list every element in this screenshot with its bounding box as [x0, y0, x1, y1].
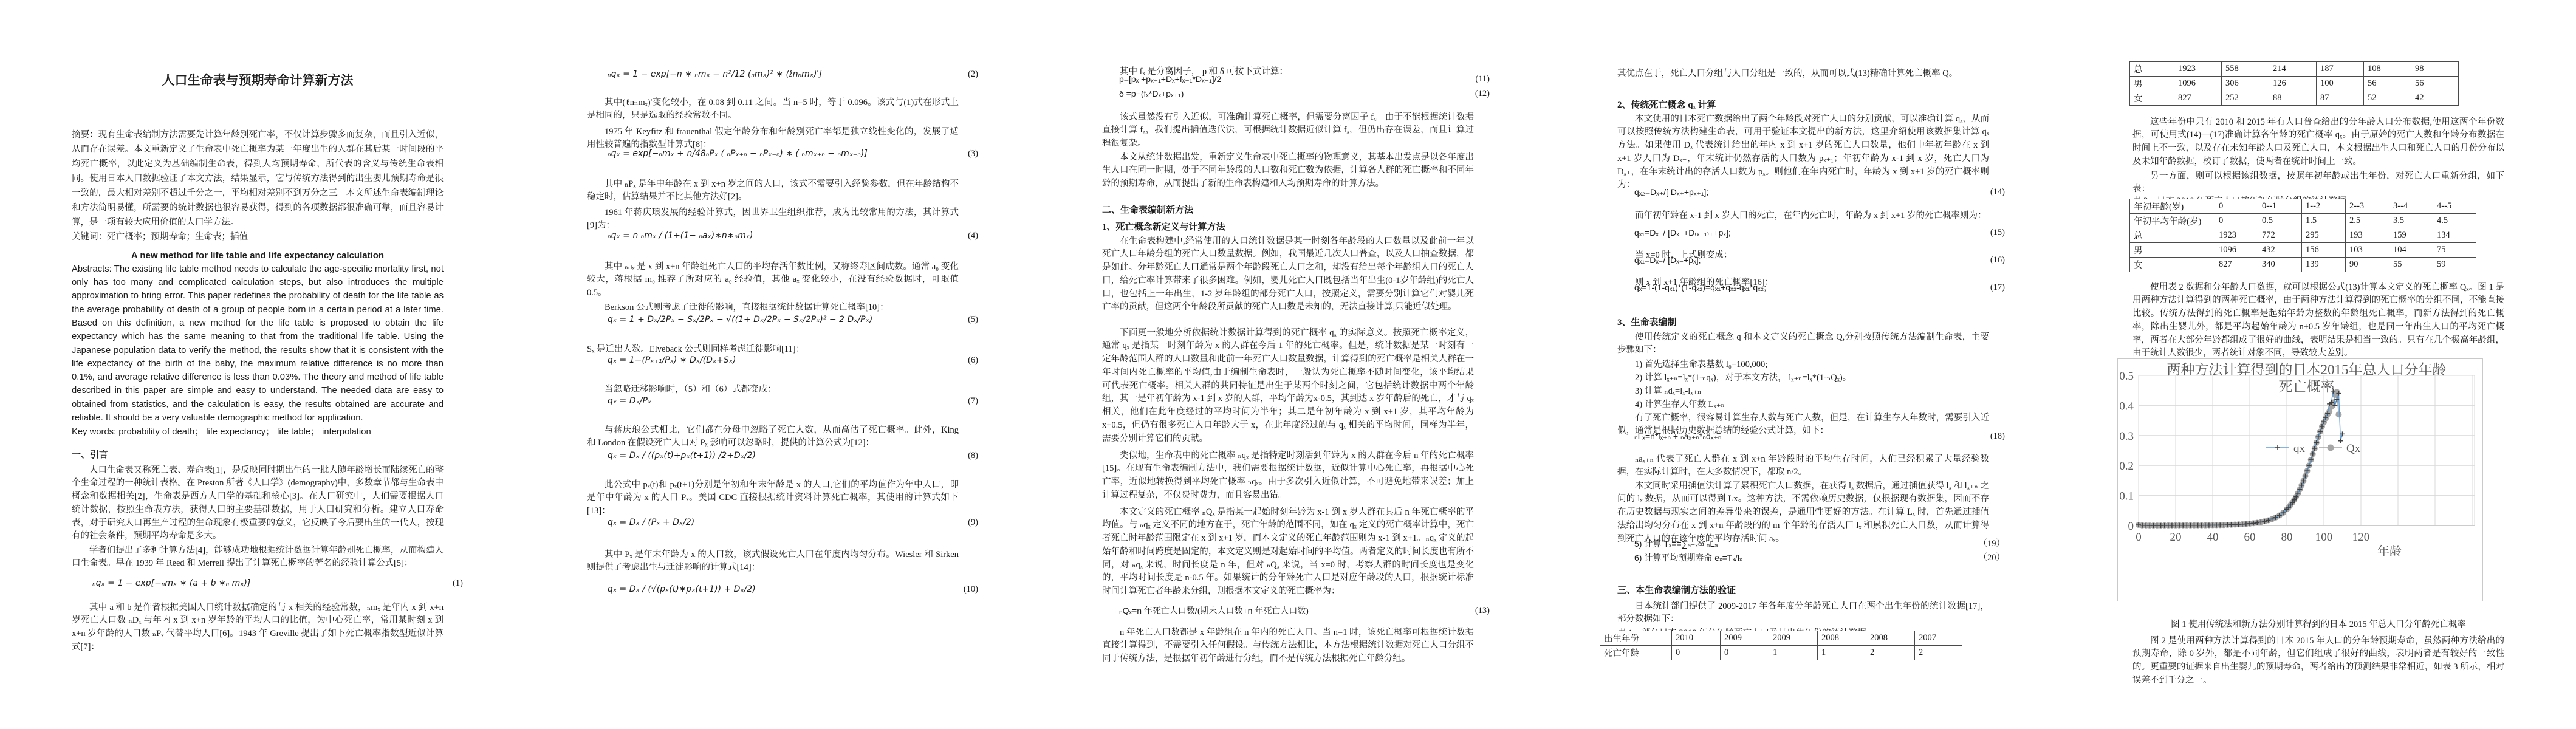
table-cell: 年初平均年龄(岁)	[2130, 214, 2215, 228]
equation-16: qₓ₁=Dₓ₋/ [Dₓ₋+pₓ]; (16)	[1617, 254, 2006, 267]
equation-14-number: (14)	[1990, 186, 2005, 199]
equation-12: δ =p−(fₓ*Dₓ+pₓ₊₁) (12)	[1102, 87, 1491, 101]
equation-11: p=[pₓ +pₓ₊₁+Dₓ+fₓ₋₁*Dₓ₋₁]/2 (11)	[1102, 73, 1491, 86]
paragraph: 本文同时采用插值法计算了累积死亡人口数据，在获得 lₓ 数据后，通过插值获得 l…	[1617, 480, 1989, 546]
equation-2-body: ₙqₓ = 1 − exp[−n ∗ ₙmₓ − n²/12 (ₙmₓ)² ∗ …	[608, 69, 822, 79]
list-item-1: 1) 首先选择生命表基数 l₀=100,000;	[1617, 358, 1989, 372]
paragraph: 在生命表构建中,经常使用的人口统计数据是某一时刻各年龄段的人口数量以及此前一年以…	[1102, 235, 1474, 315]
table-cell: 1096	[2215, 243, 2258, 258]
x-axis-label: 年龄	[2377, 544, 2402, 558]
table-cell: 2008	[1866, 631, 1915, 646]
equation-1-body: ₙqₓ = 1 − exp[−ₙmₓ ∗ (a + b ∗ₙ mₓ)]	[92, 578, 250, 588]
paragraph: 另一方面，则可以根据该组数据，按照年初年龄或出生年份，对死亡人口重新分组，如下表…	[2132, 170, 2504, 197]
page-2: ₙqₓ = 1 − exp[−n ∗ ₙmₓ − n²/12 (ₙmₓ)² ∗ …	[515, 0, 1030, 729]
figure-1-caption: 图 1 使用传统法和新方法分别计算得到的日本 2015 年总人口分年龄死亡概率	[2132, 618, 2504, 632]
list-item-3: 3) 计算 ₙdₓ=lₓ-lₓ₊ₙ	[1617, 385, 1989, 399]
table-cell: 0	[1721, 646, 1769, 660]
table-cell: 2008	[1818, 631, 1866, 646]
equation-5-number: (5)	[968, 313, 978, 327]
table-cell: 0	[2215, 199, 2258, 214]
table-cell: 2	[1866, 646, 1915, 660]
table-cell: 88	[2269, 91, 2317, 106]
y-tick-label: 0.3	[2119, 430, 2134, 443]
table-cell: 0--1	[2258, 199, 2302, 214]
x-tick-label: 40	[2207, 531, 2219, 544]
table-cell: 827	[2174, 91, 2222, 106]
equation-13: ₙQₓ=n 年死亡人口数/(期末人口数+n 年死亡人口数) (13)	[1102, 604, 1491, 618]
paragraph: Berkson 公式则考虑了迁徙的影响，直接根据统计数据计算死亡概率[10]：	[587, 301, 959, 315]
paragraph: 下面更一般地分析依据统计数据计算得到的死亡概率 qₓ 的实际意义。按照死亡概率定…	[1102, 327, 1474, 446]
y-tick-label: 0.4	[2119, 400, 2134, 412]
page-4: 其优点在于，死亡人口分组与人口分组是一致的，从而可以式(13)精确计算死亡概率 …	[1546, 0, 2061, 729]
paragraph: 与蒋庆琅公式相比，它们都在分母中忽略了死亡人数，从而高估了死亡概率。此外，Kin…	[587, 424, 959, 451]
paragraph-after-eq1: 其中 a 和 b 是作者根据美国人口统计数据确定的与 x 相关的经验常数，ₙmₓ…	[72, 601, 444, 654]
table-cell: 558	[2222, 62, 2269, 77]
equation-15-number: (15)	[1990, 227, 2005, 240]
equation-18: ₙLₓ=n*lₓ₊ₙ + ₙaₓ₊ₙ*ₙdₓ₊ₙ (18)	[1617, 430, 2006, 443]
paragraph: 该式虽然没有引入近似，可准确计算死亡概率，但需要分离因子 fₓ。由于不能根据统计…	[1102, 111, 1474, 151]
list-item-5: 5) 计算 Tₓ==∑ₐ₌ₓ∞ ₙLₐ （19）	[1617, 538, 2006, 551]
table-cell: 男	[2130, 77, 2174, 91]
table-cell: 156	[2302, 243, 2346, 258]
equation-2: ₙqₓ = 1 − exp[−n ∗ ₙmₓ − n²/12 (ₙmₓ)² ∗ …	[587, 68, 979, 81]
section-heading-2: 二、生命表编制新方法	[1102, 204, 1474, 217]
equation-17-body: qₓ=1-(1-qₓ₁)*(1-qₓ₂)=qₓ₁+qₓ₂-qₓ₁*qₓ₂;	[1634, 282, 1766, 292]
list-item-6: 6) 计算平均预期寿命 eₓ=Tₓ/lₓ （20）	[1617, 552, 2006, 565]
table-row: 总192355821418710898	[2130, 62, 2459, 77]
table-cell: 59	[2433, 258, 2476, 272]
table-cell: 男	[2130, 243, 2215, 258]
y-tick-label: 0	[2128, 520, 2134, 533]
y-tick-label: 0.5	[2119, 370, 2134, 383]
equation-11-body: p=[pₓ +pₓ₊₁+Dₓ+fₓ₋₁*Dₓ₋₁]/2	[1119, 74, 1221, 84]
table-cell: 87	[2317, 91, 2364, 106]
paragraph: 日本统计部门提供了 2009-2017 年各年度分年龄死亡人口在两个出生年份的统…	[1617, 600, 1989, 627]
paragraph: 使用传统定义的死亡概念 q 和本文定义的死亡概念 Q,分别按照传统方法编制生命表…	[1617, 331, 1989, 358]
marker-circle	[2335, 411, 2341, 417]
equation-12-body: δ =p−(fₓ*Dₓ+pₓ₊₁)	[1119, 89, 1184, 98]
table-cell: 3.5	[2389, 214, 2433, 228]
paragraph: 这些年份中只有 2010 和 2015 年有人口普查给出的分年龄人口分布数据,使…	[2132, 116, 2504, 169]
subsection-heading-2-3: 3、生命表编制	[1617, 317, 1989, 330]
table-row: 总1923772295193159134	[2130, 228, 2476, 243]
table-cell: 126	[2269, 77, 2317, 91]
document-canvas: { "p1": { "title": "人口生命表与预期寿命计算新方法", "a…	[0, 0, 2576, 729]
paragraph: 本文从统计数据出发，重新定义生命表中死亡概率的物理意义，其基本出发点是以各年度出…	[1102, 151, 1474, 191]
table-cell: 56	[2411, 77, 2459, 91]
equation-4-number: (4)	[968, 230, 978, 243]
equation-3: ₙqₓ = exp[−ₙmₓ + n/48ₙPₓ ( ₙPₓ₊ₙ − ₙPₓ₋ₙ…	[587, 148, 979, 161]
equation-16-number: (16)	[1990, 254, 2005, 267]
section-heading-intro: 一、引言	[72, 449, 444, 462]
list-item-4: 4) 计算生存人年数 Lₓ₊ₙ	[1617, 399, 1989, 412]
paper-title-en: A new method for life table and life exp…	[72, 249, 444, 262]
equation-19-number: （19）	[1979, 538, 2006, 551]
table-cell: 214	[2269, 62, 2317, 77]
paragraph: 本文定义的死亡概率 ₙQₓ 是指某一起始时刻年龄为 x-1 到 x 岁人群在其后…	[1102, 506, 1474, 599]
x-tick-label: 80	[2281, 531, 2293, 544]
table-cell: 772	[2258, 228, 2302, 243]
equation-4-body: ₙqₓ = n ₙmₓ / (1+(1− ₙaₓ)∗n∗ₙmₓ)	[608, 231, 753, 241]
paragraph: ₙaₓ₊ₙ 代表了死亡人群在 x 到 x+n 年龄段时的平均生存时间，人们已经积…	[1617, 453, 1989, 480]
paragraph: 其中 ₙPₓ 是年中年龄在 x 到 x+n 岁之间的人口，该式不需要引入经验参数…	[587, 178, 959, 205]
equation-18-body: ₙLₓ=n*lₓ₊ₙ + ₙaₓ₊ₙ*ₙdₓ₊ₙ	[1634, 431, 1721, 441]
table-cell: 1--2	[2302, 199, 2346, 214]
x-tick-label: 120	[2352, 531, 2370, 544]
equation-7-number: (7)	[968, 395, 978, 408]
table-cell: 1	[1769, 646, 1818, 660]
table-cell: 4.5	[2433, 214, 2476, 228]
equation-13-body: ₙQₓ=n 年死亡人口数/(期末人口数+n 年死亡人口数)	[1119, 606, 1309, 615]
equation-17-number: (17)	[1990, 281, 2005, 295]
table-row: 男109643215610310475	[2130, 243, 2476, 258]
table-cell: 年初年龄(岁)	[2130, 199, 2215, 214]
abstract-en: Abstracts: The existing life table metho…	[72, 262, 444, 425]
table-cell: 56	[2364, 77, 2411, 91]
table-cell: 340	[2258, 258, 2302, 272]
table-cell: 42	[2411, 91, 2459, 106]
paragraph: 而年初年龄在 x-1 到 x 岁人口的死亡，在年内死亡时，年龄为 x 到 x+1…	[1617, 210, 1989, 223]
paragraph: 1961 年蒋庆琅发展的经验计算式，因世界卫生组织推荐，成为比较常用的方法，其计…	[587, 207, 959, 233]
equation-13-number: (13)	[1475, 604, 1490, 618]
equation-3-body: ₙqₓ = exp[−ₙmₓ + n/48ₙPₓ ( ₙPₓ₊ₙ − ₙPₓ₋ₙ…	[608, 149, 868, 159]
table-row: 死亡年龄001122	[1600, 646, 1962, 660]
equation-8: qₓ = Dₓ / ((pₓ(t)+pₓ(t+1)) /2+Dₓ/2) (8)	[587, 450, 979, 463]
equation-14-body: qₓ₂=Dₓ₊/[ Dₓ₊+pₓ₊₁];	[1634, 187, 1708, 197]
equation-7-body: qₓ = Dₓ/Pₓ	[608, 396, 651, 406]
list-item-2: 2) 计算 lₓ₊ₙ=lₓ*(1-ₙqₓ)，对于本文方法， lₓ₊ₙ=lₓ*(1…	[1617, 372, 1989, 385]
chart-title-line: 两种方法计算得到的日本2015年总人口分年龄	[2167, 362, 2447, 377]
paragraph: 图 2 是使用两种方法计算得到的日本 2015 年人口的分年龄预期寿命，虽然两种…	[2132, 635, 2504, 688]
y-tick-label: 0.2	[2119, 460, 2134, 473]
table-cell: 90	[2346, 258, 2389, 272]
equation-15: qₓ₁=Dₓ₋/ [Dₓ₋+D₍ₓ₋₁₎₊+pₓ]; (15)	[1617, 227, 2006, 240]
paragraph: 其优点在于，死亡人口分组与人口分组是一致的，从而可以式(13)精确计算死亡概率 …	[1617, 67, 1989, 81]
table-cell: 2007	[1915, 631, 1962, 646]
chart-title-line: 死亡概率	[2279, 379, 2335, 394]
equation-10-body: qₓ = Dₓ / (√(pₓ(t)∗pₓ(t+1)) + Dₓ/2)	[608, 584, 756, 594]
table-cell: 1.5	[2302, 214, 2346, 228]
equation-17: qₓ=1-(1-qₓ₁)*(1-qₓ₂)=qₓ₁+qₓ₂-qₓ₁*qₓ₂; (1…	[1617, 281, 2006, 295]
section-heading-3: 三、本生命表编制方法的验证	[1617, 584, 1989, 598]
figure-1-chart: 两种方法计算得到的日本2015年总人口分年龄死亡概率00.10.20.30.40…	[2117, 358, 2483, 601]
legend-Qx-marker	[2328, 445, 2334, 451]
table-cell: 0.5	[2258, 214, 2302, 228]
equation-9-number: (9)	[968, 516, 978, 530]
table-cell: 4--5	[2433, 199, 2476, 214]
table-cell: 187	[2317, 62, 2364, 77]
table-cell: 55	[2389, 258, 2433, 272]
paragraph-scholars: 学者们提出了多种计算方法[4]，能够成功地根据统计数据计算年龄别死亡概率，从而构…	[72, 544, 444, 571]
table-cell: 3--4	[2389, 199, 2433, 214]
abstract-zh: 摘要：现有生命表编制方法需要先计算年龄别死亡率，不仅计算步骤多而复杂，而且引入近…	[72, 128, 444, 230]
equation-10-number: (10)	[964, 583, 978, 597]
x-tick-label: 60	[2244, 531, 2256, 544]
table-cell: 98	[2411, 62, 2459, 77]
page-1: 人口生命表与预期寿命计算新方法 摘要：现有生命表编制方法需要先计算年龄别死亡率，…	[0, 0, 515, 729]
table-row: 女82725288875242	[2130, 91, 2459, 106]
paragraph-intro: 人口生命表又称死亡表、寿命表[1]，是反映同时期出生的一批人随年龄增长而陆续死亡…	[72, 464, 444, 544]
page-5: 总192355821418710898男10963061261005656女82…	[2061, 0, 2576, 729]
equation-6-body: qₓ = 1−(Pₓ₊₁/Pₓ) ∗ Dₓ/(Dₓ+Sₓ)	[608, 355, 736, 365]
list-item-5-body: 5) 计算 Tₓ==∑ₐ₌ₓ∞ ₙLₐ	[1634, 539, 1718, 549]
table-row: 女827340139905559	[2130, 258, 2476, 272]
equation-14: qₓ₂=Dₓ₊/[ Dₓ₊+pₓ₊₁]; (14)	[1617, 186, 2006, 199]
table-cell: 52	[2364, 91, 2411, 106]
legend-qx-label: qx	[2293, 442, 2306, 455]
table-cell: 出生年份	[1600, 631, 1672, 646]
table-cell: 103	[2346, 243, 2389, 258]
y-tick-label: 0.1	[2119, 490, 2134, 503]
table-1-continued: 总192355821418710898男10963061261005656女82…	[2129, 61, 2459, 106]
subsection-heading-2-1: 1、死亡概念新定义与计算方法	[1102, 221, 1474, 234]
equation-7: qₓ = Dₓ/Pₓ (7)	[587, 395, 979, 408]
list-item-6-body: 6) 计算平均预期寿命 eₓ=Tₓ/lₓ	[1634, 553, 1742, 563]
page-3: 其中 fₓ 是分离因子， p 和 δ 可按下式计算： p=[pₓ +pₓ₊₁+D…	[1030, 0, 1546, 729]
table-cell: 2009	[1769, 631, 1818, 646]
subsection-heading-2-2: 2、传统死亡概念 qₓ 计算	[1617, 99, 1989, 112]
table-row: 男10963061261005656	[2130, 77, 2459, 91]
paragraph: 其中 ₙaₓ 是 x 到 x+n 年龄组死亡人口的平均存活年数比例，又称终寿区间…	[587, 261, 959, 300]
equation-18-number: (18)	[1990, 430, 2005, 443]
equation-6: qₓ = 1−(Pₓ₊₁/Pₓ) ∗ Dₓ/(Dₓ+Sₓ) (6)	[587, 354, 979, 368]
paper-title-zh: 人口生命表与预期寿命计算新方法	[72, 72, 444, 88]
equation-8-number: (8)	[968, 450, 978, 463]
paragraph: 类似地，生命表中的死亡概率 ₙqₓ 是指特定时刻活到年龄为 x 的人群在今后 n…	[1102, 450, 1474, 502]
x-tick-label: 100	[2315, 531, 2333, 544]
table-cell: 死亡年龄	[1600, 646, 1672, 660]
table-row: 年初平均年龄(岁)00.51.52.53.54.5	[2130, 214, 2476, 228]
table-2: 年初年龄(岁)00--11--22--33--44--5年初平均年龄(岁)00.…	[2129, 199, 2476, 272]
equation-6-number: (6)	[968, 354, 978, 368]
table-cell: 总	[2130, 62, 2174, 77]
equation-9-body: qₓ = Dₓ / (Pₓ + Dₓ/2)	[608, 518, 694, 527]
table-cell: 0	[2215, 214, 2258, 228]
legend-Qx-label: Qx	[2346, 442, 2361, 455]
table-cell: 2	[1915, 646, 1962, 660]
table-cell: 1923	[2215, 228, 2258, 243]
table-cell: 306	[2222, 77, 2269, 91]
equation-3-number: (3)	[968, 148, 978, 161]
table-cell: 432	[2258, 243, 2302, 258]
table-cell: 2009	[1721, 631, 1769, 646]
table-cell: 134	[2433, 228, 2476, 243]
table-1: 出生年份201020092009200820082007死亡年龄001122	[1600, 631, 1962, 660]
equation-11-number: (11)	[1475, 73, 1490, 86]
table-cell: 1096	[2174, 77, 2222, 91]
x-tick-label: 0	[2136, 531, 2142, 544]
equation-1: ₙqₓ = 1 − exp[−ₙmₓ ∗ (a + b ∗ₙ mₓ)] (1)	[72, 577, 464, 590]
paragraph: n 年死亡人口数都是 x 年龄组在 n 年内的死亡人口。当 n=1 时，该死亡概…	[1102, 626, 1474, 666]
keywords-en: Key words: probability of death； life ex…	[72, 425, 444, 439]
paragraph: 本文使用的日本死亡数据给出了两个年龄段对死亡人口的分别贡献，可以准确计算 qₓ，…	[1617, 113, 1989, 193]
equation-16-body: qₓ₁=Dₓ₋/ [Dₓ₋+pₓ];	[1634, 255, 1701, 265]
table-cell: 2010	[1672, 631, 1721, 646]
paragraph: 其中 Pₓ 是年末年龄为 x 的人口数，该式假设死亡人口在年度内均匀分布。Wie…	[587, 549, 959, 575]
table-cell: 159	[2389, 228, 2433, 243]
table-cell: 108	[2364, 62, 2411, 77]
keywords-zh: 关键词：死亡概率；预期寿命；生命表；插值	[72, 230, 444, 244]
equation-1-number: (1)	[453, 577, 463, 590]
table-cell: 139	[2302, 258, 2346, 272]
equation-12-number: (12)	[1475, 87, 1490, 101]
table-cell: 252	[2222, 91, 2269, 106]
table-cell: 0	[1672, 646, 1721, 660]
table-cell: 1923	[2174, 62, 2222, 77]
equation-4: ₙqₓ = n ₙmₓ / (1+(1− ₙaₓ)∗n∗ₙmₓ) (4)	[587, 230, 979, 243]
table-cell: 2--3	[2346, 199, 2389, 214]
equation-2-number: (2)	[968, 68, 978, 81]
table-cell: 100	[2317, 77, 2364, 91]
x-tick-label: 20	[2170, 531, 2182, 544]
table-row: 年初年龄(岁)00--11--22--33--44--5	[2130, 199, 2476, 214]
paragraph: 此公式中 pₓ(t)和 pₓ(t+1)分别是年初和年末年龄是 x 的人口,它们的…	[587, 479, 959, 518]
equation-5: qₓ = 1 + Dₓ/2Pₓ − Sₓ/2Pₓ − √((1+ Dₓ/2Pₓ …	[587, 313, 979, 327]
equation-15-body: qₓ₁=Dₓ₋/ [Dₓ₋+D₍ₓ₋₁₎₊+pₓ];	[1634, 228, 1731, 238]
table-cell: 1	[1818, 646, 1866, 660]
chart-frame	[2118, 359, 2483, 601]
table-cell: 2.5	[2346, 214, 2389, 228]
equation-10: qₓ = Dₓ / (√(pₓ(t)∗pₓ(t+1)) + Dₓ/2) (10)	[587, 583, 979, 597]
table-cell: 193	[2346, 228, 2389, 243]
table-cell: 总	[2130, 228, 2215, 243]
table-row: 出生年份201020092009200820082007	[1600, 631, 1962, 646]
equation-5-body: qₓ = 1 + Dₓ/2Pₓ − Sₓ/2Pₓ − √((1+ Dₓ/2Pₓ …	[608, 315, 872, 324]
paragraph: 使用表 2 数据和分年龄人口数据，就可以根据公式(13)计算本文定义的死亡概率 …	[2132, 281, 2504, 361]
table-cell: 827	[2215, 258, 2258, 272]
equation-20-number: （20）	[1979, 552, 2006, 565]
table-cell: 75	[2433, 243, 2476, 258]
paragraph: 其中(ℓnₙmₓ)′变化较小，在 0.08 到 0.11 之间。当 n=5 时，…	[587, 97, 959, 123]
table-cell: 女	[2130, 91, 2174, 106]
equation-8-body: qₓ = Dₓ / ((pₓ(t)+pₓ(t+1)) /2+Dₓ/2)	[608, 451, 756, 460]
equation-9: qₓ = Dₓ / (Pₓ + Dₓ/2) (9)	[587, 516, 979, 530]
table-cell: 104	[2389, 243, 2433, 258]
table-cell: 女	[2130, 258, 2215, 272]
table-cell: 295	[2302, 228, 2346, 243]
